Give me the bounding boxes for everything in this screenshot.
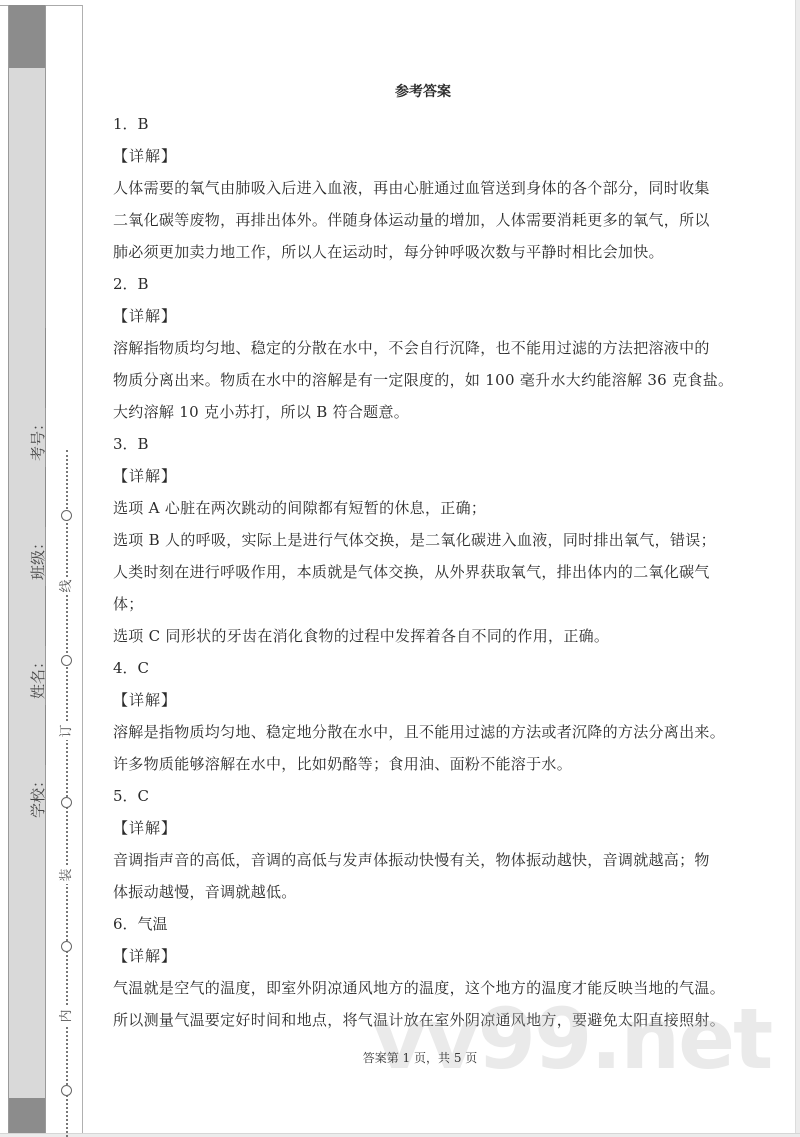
- window-bottom-edge: [0, 1133, 800, 1137]
- answer-item: 6．气温【详解】气温就是空气的温度，即室外阴凉通风地方的温度，这个地方的温度才能…: [113, 908, 713, 1036]
- binding-char: 线: [59, 577, 75, 595]
- student-field-label: 班级：: [27, 535, 48, 580]
- student-field-label: 姓名：: [27, 654, 48, 699]
- binding-hole-icon: [61, 655, 72, 666]
- student-field-blank[interactable]: [45, 705, 46, 765]
- student-info-fields: 学校：姓名：班级：考号：: [27, 322, 48, 818]
- explanation-line: 选项 C 同形状的牙齿在消化食物的过程中发挥着各自不同的作用，正确。: [113, 620, 713, 652]
- explanation-line: 溶解是指物质均匀地、稳定地分散在水中，且不能用过滤的方法或者沉降的方法分离出来。: [113, 716, 713, 748]
- answer-document: 参考答案 1．B【详解】人体需要的氧气由肺吸入后进入血液，再由心脏通过血管送到身…: [113, 82, 713, 1036]
- detail-label: 【详解】: [113, 300, 713, 332]
- answer-number: 1．B: [113, 108, 713, 140]
- explanation-line: 二氧化碳等废物，再排出体外。伴随身体运动量的增加，人体需要消耗更多的氧气，所以: [113, 204, 713, 236]
- detail-label: 【详解】: [113, 684, 713, 716]
- answer-item: 4．C【详解】溶解是指物质均匀地、稳定地分散在水中，且不能用过滤的方法或者沉降的…: [113, 652, 713, 780]
- explanation-line: 大约溶解 10 克小苏打，所以 B 符合题意。: [113, 396, 713, 428]
- answer-item: 1．B【详解】人体需要的氧气由肺吸入后进入血液，再由心脏通过血管送到身体的各个部…: [113, 108, 713, 268]
- detail-label: 【详解】: [113, 940, 713, 972]
- answer-number: 3．B: [113, 428, 713, 460]
- binding-char: 装: [59, 866, 75, 884]
- student-field-label: 学校：: [27, 773, 48, 818]
- explanation-line: 人类时刻在进行呼吸作用，本质就是气体交换，从外界获取氧气，排出体内的二氧化碳气: [113, 556, 713, 588]
- detail-label: 【详解】: [113, 140, 713, 172]
- answer-number: 4．C: [113, 652, 713, 684]
- student-field-label: 考号：: [27, 416, 48, 461]
- student-field-blank[interactable]: [45, 467, 46, 527]
- window-right-edge: [795, 0, 800, 1137]
- page-title: 参考答案: [113, 82, 713, 102]
- binding-hole-icon: [61, 941, 72, 952]
- explanation-line: 溶解指物质均匀地、稳定的分散在水中，不会自行沉降，也不能用过滤的方法把溶液中的: [113, 332, 713, 364]
- student-field-blank[interactable]: [45, 586, 46, 646]
- explanation-line: 体；: [113, 588, 713, 620]
- binding-hole-icon: [61, 797, 72, 808]
- answer-item: 3．B【详解】选项 A 心脏在两次跳动的间隙都有短暂的休息，正确；选项 B 人的…: [113, 428, 713, 652]
- page-left-border: [82, 5, 83, 1133]
- explanation-line: 许多物质能够溶解在水中，比如奶酪等；食用油、面粉不能溶于水。: [113, 748, 713, 780]
- detail-label: 【详解】: [113, 812, 713, 844]
- binding-char: 内: [59, 1007, 75, 1025]
- binding-dotted-line: [66, 450, 68, 1137]
- explanation-line: 物质分离出来。物质在水中的溶解是有一定限度的，如 100 毫升水大约能溶解 36…: [113, 364, 713, 396]
- binding-char: 订: [59, 722, 75, 740]
- explanation-line: 人体需要的氧气由肺吸入后进入血液，再由心脏通过血管送到身体的各个部分，同时收集: [113, 172, 713, 204]
- answer-number: 6．气温: [113, 908, 713, 940]
- answer-number: 5．C: [113, 780, 713, 812]
- explanation-line: 气温就是空气的温度，即室外阴凉通风地方的温度，这个地方的温度才能反映当地的气温。: [113, 972, 713, 1004]
- student-field-blank[interactable]: [45, 328, 46, 408]
- sidebar-cap-top: [9, 5, 45, 68]
- detail-label: 【详解】: [113, 460, 713, 492]
- binding-hole-icon: [61, 510, 72, 521]
- sidebar-cap-bottom: [9, 1098, 45, 1133]
- page-footer: 答案第 1 页，共 5 页: [0, 1049, 800, 1066]
- explanation-line: 选项 A 心脏在两次跳动的间隙都有短暂的休息，正确；: [113, 492, 713, 524]
- explanation-line: 所以测量气温要定好时间和地点，将气温计放在室外阴凉通风地方，要避免太阳直接照射。: [113, 1004, 713, 1036]
- explanation-line: 音调指声音的高低，音调的高低与发声体振动快慢有关，物体振动越快，音调就越高；物: [113, 844, 713, 876]
- answer-list: 1．B【详解】人体需要的氧气由肺吸入后进入血液，再由心脏通过血管送到身体的各个部…: [113, 108, 713, 1036]
- answer-item: 5．C【详解】音调指声音的高低，音调的高低与发声体振动快慢有关，物体振动越快，音…: [113, 780, 713, 908]
- answer-item: 2．B【详解】溶解指物质均匀地、稳定的分散在水中，不会自行沉降，也不能用过滤的方…: [113, 268, 713, 428]
- binding-hole-icon: [61, 1085, 72, 1096]
- explanation-line: 体振动越慢，音调就越低。: [113, 876, 713, 908]
- explanation-line: 选项 B 人的呼吸，实际上是进行气体交换，是二氧化碳进入血液，同时排出氧气，错误…: [113, 524, 713, 556]
- explanation-line: 肺必须更加卖力地工作，所以人在运动时，每分钟呼吸次数与平静时相比会加快。: [113, 236, 713, 268]
- answer-number: 2．B: [113, 268, 713, 300]
